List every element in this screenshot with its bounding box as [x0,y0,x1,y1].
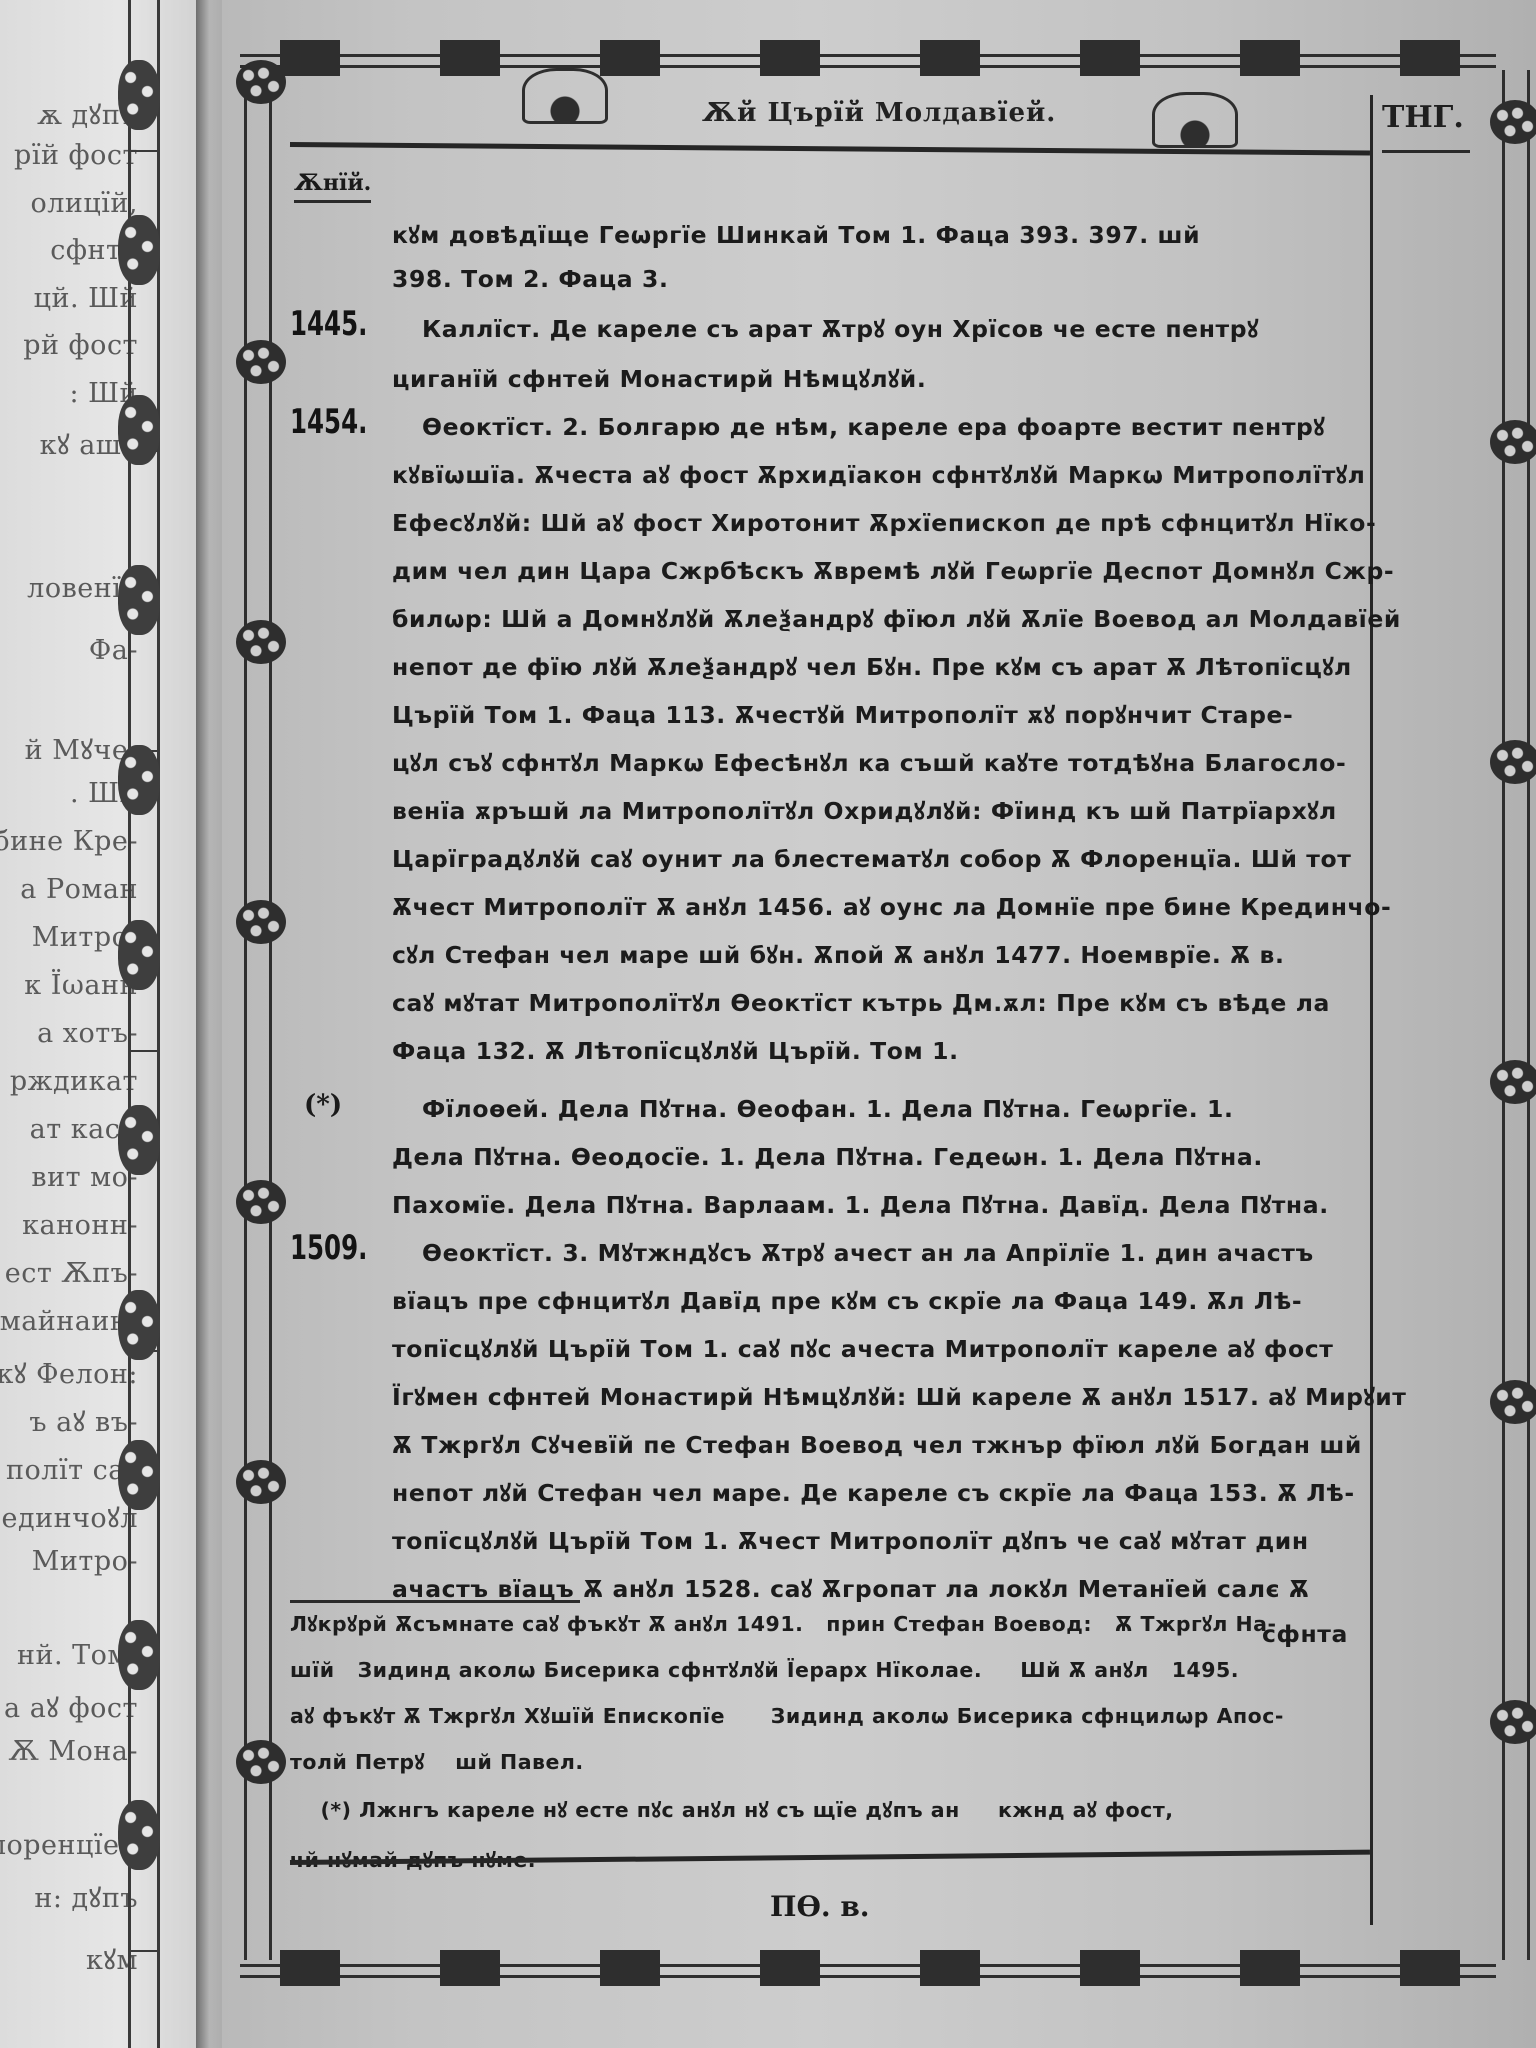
left-page-line: н: дꙋпъ [34,1878,138,1915]
left-page-line: канонн- [22,1210,138,1241]
left-page-line: Ѫ Мона- [8,1736,138,1767]
note-marker: (*) [304,1090,342,1120]
ornamental-frame-top [240,40,1496,76]
running-head: Ѫй Църїй Молдавїей. [702,98,1056,128]
text-line: топїсцꙋлꙋй Църїй Том 1. саꙋ пꙋс ачеста М… [392,1332,1352,1364]
text-line: Каллїст. Де кареле съ арат Ѫтрꙋ оун Хрїс… [422,312,1382,344]
text-line: циганїй сфнтей Монастирй Нѣмцꙋлꙋй. [392,362,1352,394]
rosette-ornament-icon [1490,740,1536,784]
year-label: 1454. [290,402,367,442]
text-line: Фїлоѳей. Дела Пꙋтна. Ѳеофан. 1. Дела Пꙋт… [422,1092,1382,1124]
rosette-ornament-icon [118,395,160,465]
margin-column-rule [1370,95,1373,1925]
left-page-line: а аꙋ фост [4,1688,138,1725]
left-page-line: а Роман [20,874,138,905]
text-line: кꙋвїωшїа. Ѫчеста аꙋ фост Ѫрхидїакон сфнт… [392,458,1352,490]
rosette-ornament-icon [1490,100,1536,144]
folio-number: ТНГ. [1382,100,1464,135]
footnote-line: толй Петрꙋ шй Павел. [290,1748,1350,1776]
footnote-line: аꙋ фъкꙋт Ѫ Тжргꙋл Хꙋшїй Епископїе Зидинд… [290,1702,1350,1730]
rosette-ornament-icon [236,1460,286,1504]
text-line: Ѫ Тжргꙋл Сꙋчевїй пе Стефан Воевод чел тж… [392,1428,1352,1460]
rosette-ornament-icon [1490,1700,1536,1744]
footnote-line: (*) Лжнгъ кареле нꙋ есте пꙋс анꙋл нꙋ съ … [290,1796,1350,1824]
left-page-line: вит мо- [31,1162,138,1193]
rosette-ornament-icon [118,1290,160,1360]
year-label: 1445. [290,304,367,344]
left-page-line: кꙋ Фелон: [0,1354,138,1391]
rosette-ornament-icon [236,1180,286,1224]
text-line: кꙋм довѣдїще Геωргїе Шинкай Том 1. Фаца … [392,218,1352,250]
rosette-ornament-icon [118,60,160,130]
text-line: топїсцꙋлꙋй Църїй Том 1. Ѫчест Митрополїт… [392,1524,1352,1556]
text-line: цꙋл съꙋ сфнтꙋл Маркω Ефесѣнꙋл ка съшй ка… [392,746,1352,778]
rosette-ornament-icon [118,1620,160,1690]
section-label: Ѫнїй. [294,170,371,203]
year-label: 1509. [290,1228,367,1268]
rosette-ornament-icon [236,340,286,384]
text-line: Църїй Том 1. Фаца 113. Ѫчестꙋй Митрополї… [392,698,1352,730]
left-page-line: рждикат [10,1066,138,1097]
text-line: Ѫчест Митрополїт Ѫ анꙋл 1456. аꙋ оунс ла… [392,890,1352,922]
rosette-ornament-icon [118,920,160,990]
text-line: Їгꙋмен сфнтей Монастирй Нѣмцꙋлꙋй: Шй кар… [392,1380,1352,1412]
rosette-ornament-icon [118,1105,160,1175]
ornamental-frame-right [1502,70,1530,1960]
left-page-line: а хотъ- [37,1018,138,1049]
text-line: венїа ѫръшй ла Митрополїтꙋл Охридꙋлꙋй: Ф… [392,794,1352,826]
rosette-ornament-icon [118,1800,160,1870]
rosette-ornament-icon [118,565,160,635]
left-page-line: олицїй, [31,188,138,219]
footnote-line: Лꙋкрꙋрй Ѫсъмнате саꙋ фъкꙋт Ѫ анꙋл 1491. … [290,1610,1350,1638]
book-page: Ѫй Църїй Молдавїей. ТНГ. Ѫнїй. кꙋм довѣд… [222,0,1536,2048]
text-line: Дела Пꙋтна. Ѳеодосїе. 1. Дела Пꙋтна. Гед… [392,1140,1352,1172]
text-line: Ѳеоктїст. 3. Мꙋтжндꙋсъ Ѫтрꙋ ачест ан ла … [422,1236,1382,1268]
headpiece-ornament-right-icon [1152,92,1238,148]
folio-rule [1382,150,1470,153]
text-line: Царїградꙋлꙋй саꙋ оунит ла блестематꙋл со… [392,842,1352,874]
ornamental-frame-bottom [240,1950,1496,1986]
text-line: Пахомїе. Дела Пꙋтна. Варлаам. 1. Дела Пꙋ… [392,1188,1352,1220]
text-line: Ѳеоктїст. 2. Болгарю де нѣм, кареле ера … [422,410,1382,442]
rosette-ornament-icon [1490,1060,1536,1104]
left-page-line: рй фост [23,330,138,361]
text-line: 398. Том 2. Фаца 3. [392,265,1352,293]
left-page-line: ъ аꙋ въ- [29,1402,138,1439]
text-line: непот лꙋй Стефан чел маре. Де кареле съ … [392,1476,1352,1508]
rosette-ornament-icon [118,215,160,285]
left-page-line: бине Кре- [0,826,138,857]
left-page-line: единчоꙋл [1,1498,138,1535]
rosette-ornament-icon [236,620,286,664]
text-line: сꙋл Стефан чел маре шй бꙋн. Ѫпой Ѫ анꙋл … [392,938,1352,970]
text-line: Фаца 132. Ѫ Лѣтопїсцꙋлꙋй Църїй. Том 1. [392,1034,1352,1066]
text-line: Ефесꙋлꙋй: Шй аꙋ фост Хиротонит Ѫрхїеписк… [392,506,1352,538]
left-page-fragment: ѫ дꙋпърїй фостолицїй,сфнтацй. Шйрй фост:… [0,0,200,2048]
rosette-ornament-icon [1490,420,1536,464]
text-line: саꙋ мꙋтат Митрополїтꙋл Ѳеоктїст кътрь Дм… [392,986,1352,1018]
text-line: вїацъ пре сфнцитꙋл Давїд пре кꙋм съ скрї… [392,1284,1352,1316]
rosette-ornament-icon [236,60,286,104]
left-page-line: ест Ѫпъ- [5,1258,138,1289]
signature-mark: ПѲ. в. [770,1890,870,1923]
text-line: дим чел дин Цара Сжрбѣскъ Ѫвремѣ лꙋй Геω… [392,554,1352,586]
rosette-ornament-icon [236,1740,286,1784]
rosette-ornament-icon [236,900,286,944]
rosette-ornament-icon [1490,1380,1536,1424]
left-page-line: цй. Шй [34,283,138,314]
rosette-ornament-icon [118,745,160,815]
rosette-ornament-icon [118,1440,160,1510]
headpiece-ornament-left-icon [522,68,608,124]
left-page-line: Митро- [32,1546,138,1577]
footnote-line: шїй Зидинд аколω Бисерика сфнтꙋлꙋй Їерар… [290,1656,1350,1684]
left-page-line: рїй фост [14,140,138,171]
left-page-ornamental-border [128,0,160,2048]
text-line: билωр: Шй а Домнꙋлꙋй Ѫлеѯандрꙋ фїюл лꙋй … [392,602,1352,634]
text-line: непот де фїю лꙋй Ѫлеѯандрꙋ чел Бꙋн. Пре … [392,650,1352,682]
footnote-rule [290,1600,580,1603]
